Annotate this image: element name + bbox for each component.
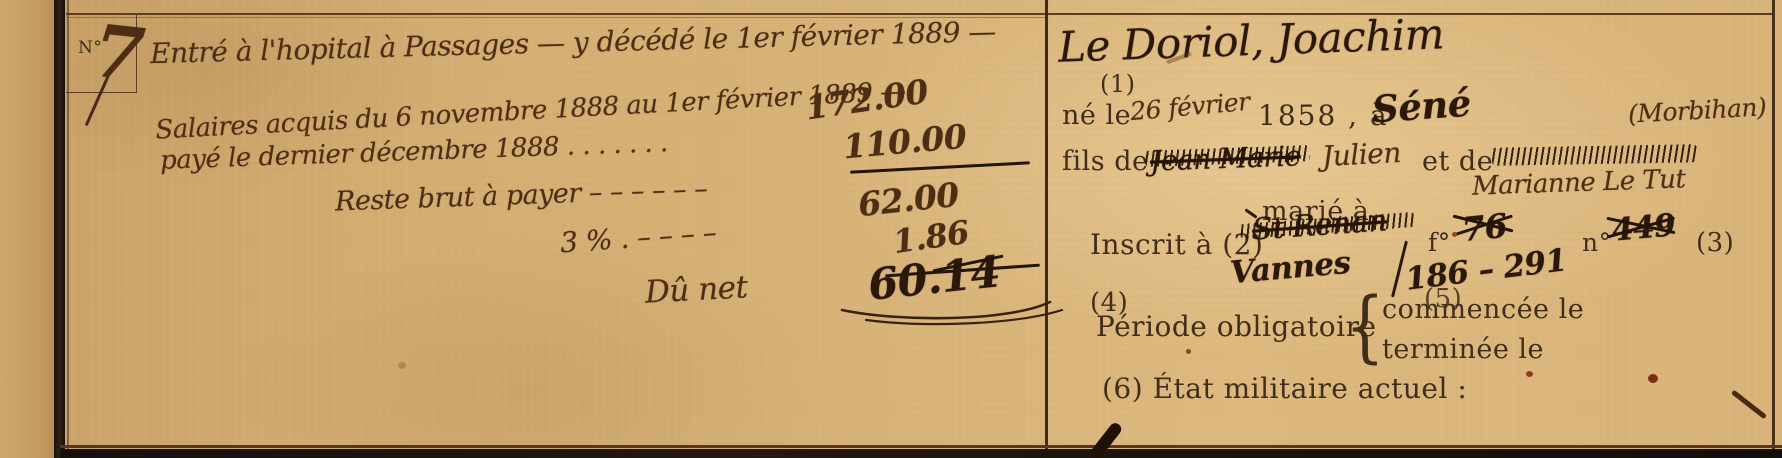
account-line-label: 3 % . – – – – xyxy=(559,216,717,260)
pen-stroke-right-edge xyxy=(1731,390,1767,420)
footnote-ref-3: (3) xyxy=(1696,228,1734,258)
born-year-printed: 1858 , à xyxy=(1258,99,1389,132)
folio-label: f° xyxy=(1428,228,1451,257)
mother-name-scribbled xyxy=(1492,144,1697,166)
register-scan-page: N° 7 Entré à l'hopital à Passages — y dé… xyxy=(0,0,1782,458)
son-of-label: fils de xyxy=(1062,146,1148,177)
total-flourish-underline xyxy=(838,296,1068,328)
ink-speck xyxy=(1452,232,1457,237)
bottom-rule xyxy=(60,445,1782,448)
entry-number-value: 7 xyxy=(90,8,148,98)
paper-stain xyxy=(398,362,406,369)
mandatory-period-label: Période obligatoire xyxy=(1096,310,1377,343)
footnote-ref-1: (1) xyxy=(1100,70,1136,98)
born-place-handwritten: Séné xyxy=(1371,81,1473,132)
military-status-label: (6) État militaire actuel : xyxy=(1102,372,1467,405)
top-rule-left xyxy=(66,13,1046,15)
father-name-handwritten: Julien xyxy=(1321,136,1401,173)
period-ended-label: terminée le xyxy=(1382,334,1544,365)
form-right-border xyxy=(1772,0,1775,458)
ink-speck xyxy=(1186,349,1191,354)
left-page-margin xyxy=(0,0,54,458)
center-column-divider xyxy=(1045,0,1048,458)
total-label: Dû net xyxy=(644,269,748,310)
ink-speck xyxy=(1526,371,1533,377)
person-name: Le Doriol, Joachim xyxy=(1057,9,1444,71)
mother-name-handwritten: Marianne Le Tut xyxy=(1472,164,1686,201)
ink-speck xyxy=(1648,374,1658,383)
binding-edge-band xyxy=(54,0,65,458)
account-line-label: Reste brut à payer – – – – – – xyxy=(335,174,708,218)
born-date-handwritten: 26 février xyxy=(1129,87,1251,126)
period-started-label: commencée le xyxy=(1382,294,1584,325)
brace-glyph: { xyxy=(1345,282,1385,372)
number-label: n° xyxy=(1582,228,1612,257)
born-label: né le xyxy=(1062,100,1131,131)
hospital-death-note: Entré à l'hopital à Passages — y décédé … xyxy=(150,15,996,70)
born-department-handwritten: (Morbihan) xyxy=(1627,92,1767,128)
bottom-row-band xyxy=(60,449,1782,458)
account-line-amount: 110.00 xyxy=(842,117,968,167)
